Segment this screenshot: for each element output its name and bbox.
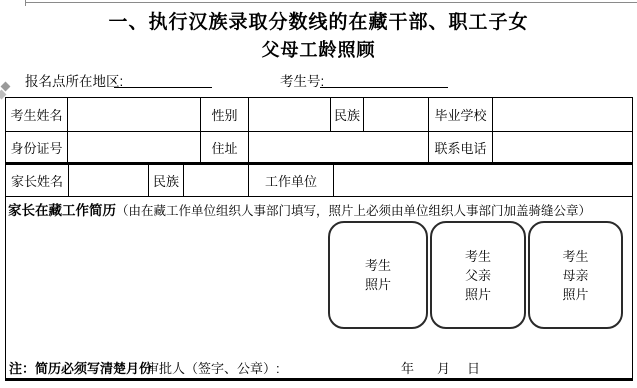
candidate-name-label: 考生姓名: [6, 98, 68, 131]
photo-box-label-line: 考生: [562, 247, 588, 266]
table-row-candidate: 考生姓名 性别 民族 毕业学校: [6, 98, 632, 132]
month-label: 月: [437, 358, 450, 377]
work-unit-label: 工作单位: [249, 165, 334, 196]
applicant-info-table: 考生姓名 性别 民族 毕业学校 身份证号 住址 联系电话 家长姓名 民族 工作单…: [5, 97, 633, 381]
form-title-line1: 一、执行汉族录取分数线的在藏干部、职工子女: [0, 7, 637, 34]
photo-box-label-line: 照片: [562, 285, 588, 304]
parent-ethnicity-field[interactable]: [184, 165, 249, 196]
ethnicity-label: 民族: [331, 98, 364, 131]
parent-name-field[interactable]: [69, 165, 149, 196]
phone-label: 联系电话: [429, 132, 493, 162]
candidate-name-field[interactable]: [68, 98, 201, 131]
candidate-no-label: 考生号:: [280, 70, 324, 90]
school-field[interactable]: [493, 98, 632, 131]
photo-box-label-line: 照片: [365, 275, 391, 294]
photo-box-label-line: 考生: [365, 256, 391, 275]
table-row-id-address: 身份证号 住址 联系电话: [6, 132, 632, 165]
photo-box-label-line: 母亲: [562, 266, 588, 285]
year-label: 年: [401, 358, 414, 377]
photo-box-label-line: 考生: [465, 247, 491, 266]
candidate-photo-box[interactable]: 考生 照片: [328, 221, 428, 329]
phone-field[interactable]: [493, 132, 632, 162]
section-footer: 注：简历必须写清楚月份 审批人（签字、公章）: 年 月 日: [6, 358, 632, 377]
resume-section-header: 家长在藏工作简历（由在藏工作单位组织人事部门填写，照片上必须由单位组织人事部门加…: [8, 199, 591, 219]
mother-photo-box[interactable]: 考生 母亲 照片: [528, 221, 623, 329]
resume-section[interactable]: 家长在藏工作简历（由在藏工作单位组织人事部门填写，照片上必须由单位组织人事部门加…: [6, 197, 632, 378]
region-label: 报名点所在地区:: [25, 70, 123, 90]
id-number-label: 身份证号: [6, 132, 68, 162]
work-unit-field[interactable]: [334, 165, 632, 196]
resume-title: 家长在藏工作简历: [8, 203, 116, 218]
address-field[interactable]: [249, 132, 429, 162]
form-title-line2: 父母工龄照顾: [0, 36, 637, 62]
photo-box-label-line: 照片: [465, 285, 491, 304]
address-label: 住址: [201, 132, 249, 162]
top-horizontal-rule: [25, 2, 637, 3]
father-photo-box[interactable]: 考生 父亲 照片: [430, 221, 526, 329]
region-fill-line[interactable]: [114, 70, 212, 88]
day-label: 日: [467, 358, 480, 377]
form-page: 一、执行汉族录取分数线的在藏干部、职工子女 父母工龄照顾 报名点所在地区: 考生…: [0, 0, 637, 388]
top-rule-tick: [25, 0, 26, 6]
footer-note: 注：简历必须写清楚月份: [9, 358, 152, 377]
parent-ethnicity-label: 民族: [149, 165, 184, 196]
approver-label: 审批人（签字、公章）:: [146, 358, 280, 377]
gender-field[interactable]: [249, 98, 331, 131]
photo-box-label-line: 父亲: [465, 266, 491, 285]
gender-label: 性别: [201, 98, 249, 131]
resume-note: （由在藏工作单位组织人事部门填写，照片上必须由单位组织人事部门加盖骑缝公章）: [116, 204, 591, 218]
parent-name-label: 家长姓名: [6, 165, 69, 196]
candidate-no-fill-line[interactable]: [320, 70, 448, 88]
id-number-field[interactable]: [68, 132, 201, 162]
school-label: 毕业学校: [429, 98, 493, 131]
table-row-parent: 家长姓名 民族 工作单位: [6, 165, 632, 197]
ethnicity-field[interactable]: [364, 98, 429, 131]
